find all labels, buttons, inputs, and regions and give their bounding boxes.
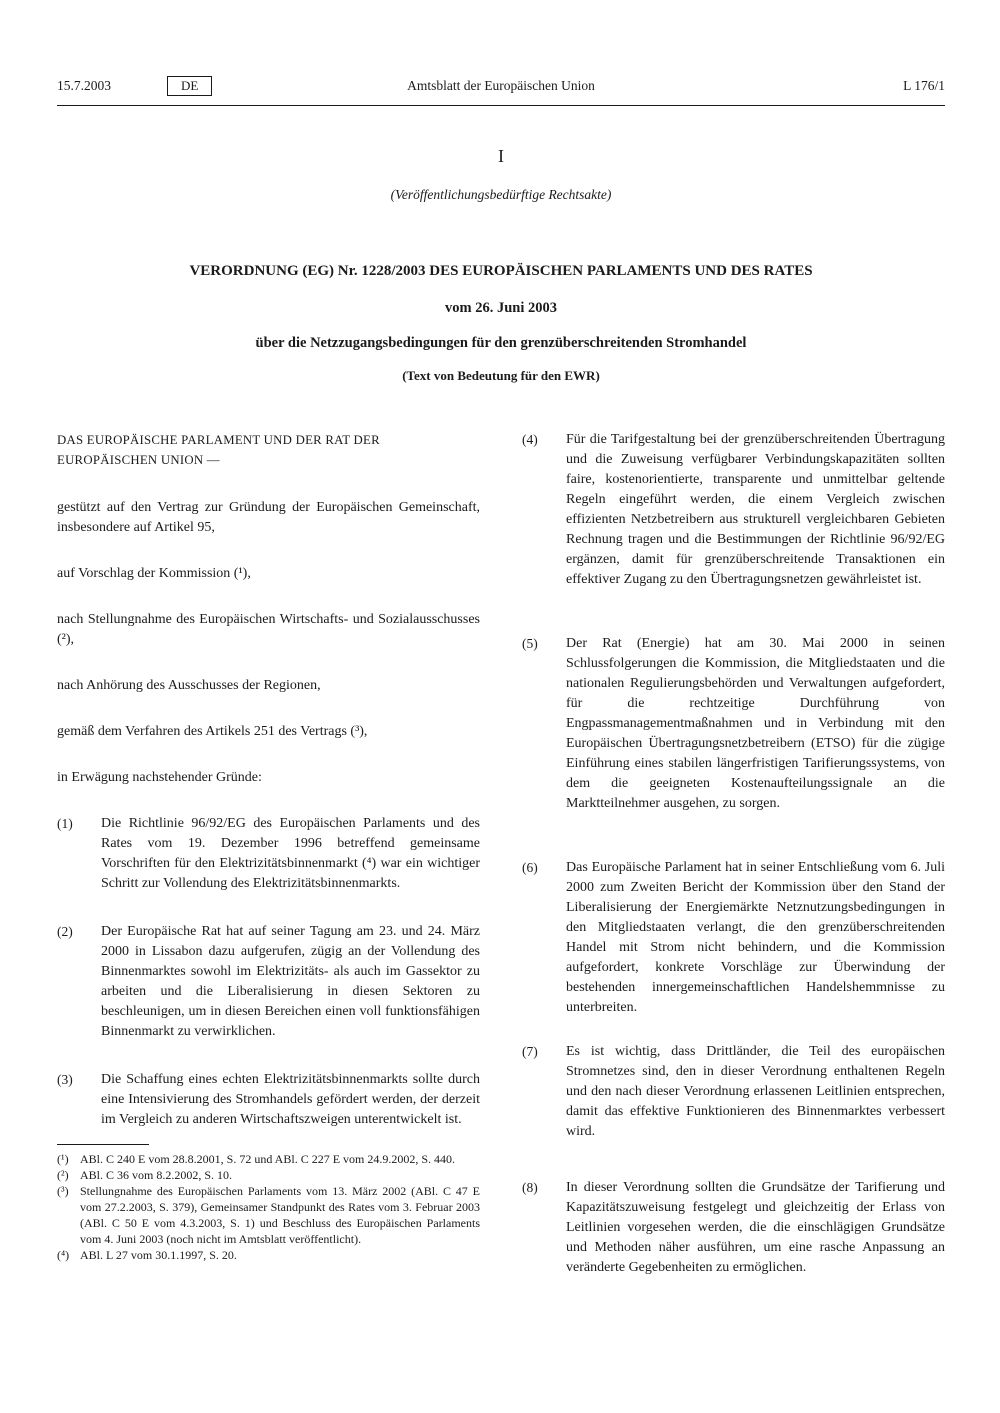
recital-number: (1)	[57, 814, 101, 894]
footnote-text: ABl. C 36 vom 8.2.2002, S. 10.	[80, 1167, 480, 1183]
act-eea-note: (Text von Bedeutung für den EWR)	[57, 368, 945, 384]
footnote-marker: (¹)	[57, 1151, 80, 1167]
footnote-text: Stellungnahme des Europäischen Parlament…	[80, 1183, 480, 1247]
recital-number: (8)	[522, 1178, 566, 1278]
recital-number: (2)	[57, 922, 101, 1042]
recital-text: Die Schaffung eines echten Elektrizitäts…	[101, 1070, 480, 1130]
recital-text: Die Richtlinie 96/92/EG des Europäischen…	[101, 814, 480, 894]
recital-number: (7)	[522, 1042, 566, 1142]
journal-page: 15.7.2003 DE Amtsblatt der Europäischen …	[0, 0, 1000, 1413]
footnote-text: ABl. C 240 E vom 28.8.2001, S. 72 und AB…	[80, 1151, 480, 1167]
preamble-opening: DAS EUROPÄISCHE PARLAMENT UND DER RAT DE…	[57, 430, 480, 470]
citation-paragraph: gemäß dem Verfahren des Artikels 251 des…	[57, 722, 480, 742]
act-subject-line: über die Netzzugangsbedingungen für den …	[57, 335, 945, 352]
citation-paragraph: in Erwägung nachstehender Gründe:	[57, 768, 480, 788]
recital-text: In dieser Verordnung sollten die Grundsä…	[566, 1178, 945, 1278]
recital-number: (5)	[522, 634, 566, 814]
recital-7: (7) Es ist wichtig, dass Drittländer, di…	[522, 1042, 945, 1142]
header-rule	[57, 105, 945, 106]
section-numeral: I	[57, 146, 945, 167]
footnote-block: (¹) ABl. C 240 E vom 28.8.2001, S. 72 un…	[57, 1144, 480, 1263]
citation-paragraph: nach Stellungnahme des Europäischen Wirt…	[57, 610, 480, 650]
footnote-text: ABl. L 27 vom 30.1.1997, S. 20.	[80, 1247, 480, 1263]
footnote-rule	[57, 1144, 149, 1145]
footnote-1: (¹) ABl. C 240 E vom 28.8.2001, S. 72 un…	[57, 1151, 480, 1167]
two-column-body: DAS EUROPÄISCHE PARLAMENT UND DER RAT DE…	[57, 430, 945, 1278]
recital-text: Das Europäische Parlament hat in seiner …	[566, 858, 945, 1018]
recital-text: Für die Tarifgestaltung bei der grenzübe…	[566, 430, 945, 590]
header-page-ref: L 176/1	[595, 78, 945, 94]
right-column: (4) Für die Tarifgestaltung bei der gren…	[522, 430, 945, 1278]
recital-3: (3) Die Schaffung eines echten Elektrizi…	[57, 1070, 480, 1130]
citation-paragraph: auf Vorschlag der Kommission (¹),	[57, 564, 480, 584]
language-badge: DE	[167, 76, 212, 96]
left-column: DAS EUROPÄISCHE PARLAMENT UND DER RAT DE…	[57, 430, 480, 1278]
footnote-4: (⁴) ABl. L 27 vom 30.1.1997, S. 20.	[57, 1247, 480, 1263]
recital-number: (4)	[522, 430, 566, 590]
recital-number: (3)	[57, 1070, 101, 1130]
recital-4: (4) Für die Tarifgestaltung bei der gren…	[522, 430, 945, 590]
page-header: 15.7.2003 DE Amtsblatt der Europäischen …	[57, 76, 945, 96]
citation-paragraph: gestützt auf den Vertrag zur Gründung de…	[57, 498, 480, 538]
recital-5: (5) Der Rat (Energie) hat am 30. Mai 200…	[522, 634, 945, 814]
recital-8: (8) In dieser Verordnung sollten die Gru…	[522, 1178, 945, 1278]
recital-6: (6) Das Europäische Parlament hat in sei…	[522, 858, 945, 1018]
act-title-block: VERORDNUNG (EG) Nr. 1228/2003 DES EUROPÄ…	[57, 263, 945, 384]
footnote-3: (³) Stellungnahme des Europäischen Parla…	[57, 1183, 480, 1247]
citation-paragraph: nach Anhörung des Ausschusses der Region…	[57, 676, 480, 696]
footnote-marker: (²)	[57, 1167, 80, 1183]
recital-1: (1) Die Richtlinie 96/92/EG des Europäis…	[57, 814, 480, 894]
recital-text: Der Rat (Energie) hat am 30. Mai 2000 in…	[566, 634, 945, 814]
recital-2: (2) Der Europäische Rat hat auf seiner T…	[57, 922, 480, 1042]
recital-number: (6)	[522, 858, 566, 1018]
act-date-line: vom 26. Juni 2003	[57, 300, 945, 317]
section-subtitle: (Veröffentlichungsbedürftige Rechtsakte)	[57, 187, 945, 203]
journal-title: Amtsblatt der Europäischen Union	[407, 78, 595, 94]
recital-text: Es ist wichtig, dass Drittländer, die Te…	[566, 1042, 945, 1142]
footnote-2: (²) ABl. C 36 vom 8.2.2002, S. 10.	[57, 1167, 480, 1183]
footnote-marker: (⁴)	[57, 1247, 80, 1263]
act-title: VERORDNUNG (EG) Nr. 1228/2003 DES EUROPÄ…	[57, 263, 945, 280]
footnote-marker: (³)	[57, 1183, 80, 1247]
header-date: 15.7.2003	[57, 78, 111, 94]
recital-text: Der Europäische Rat hat auf seiner Tagun…	[101, 922, 480, 1042]
header-left: 15.7.2003 DE	[57, 76, 407, 96]
